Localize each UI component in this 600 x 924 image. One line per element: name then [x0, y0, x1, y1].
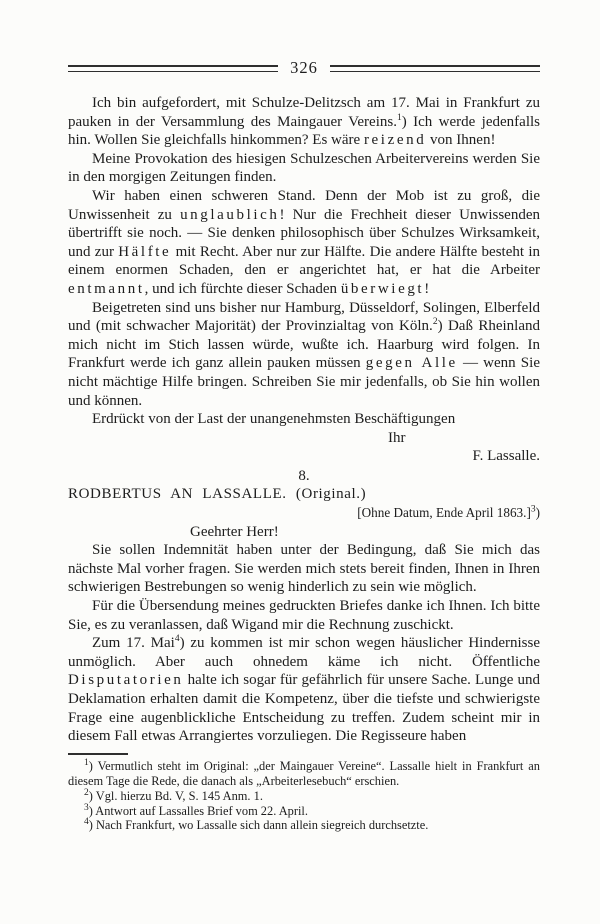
- footnote-text: ) Vgl. hierzu Bd. V, S. 145 Anm. 1.: [89, 789, 263, 803]
- paragraph: Erdrückt von der Last der unangenehmsten…: [68, 410, 540, 429]
- emphasized-text: Disputatorien: [68, 672, 183, 688]
- footnote-text: ) Antwort auf Lassalles Brief vom 22. Ap…: [89, 804, 308, 818]
- book-page: 326 Ich bin aufgefordert, mit Schulze-De…: [0, 0, 600, 924]
- text-run: ): [536, 505, 540, 520]
- footnote-text: ) Vermutlich steht im Original: „der Mai…: [68, 759, 540, 788]
- text-run: Erdrückt von der Last der unangenehmsten…: [92, 411, 455, 427]
- text-run: Sie sollen Indemnität haben unter der Be…: [68, 542, 540, 595]
- footnote-3: 3) Antwort auf Lassalles Brief vom 22. A…: [68, 804, 540, 819]
- footnote-text: ) Nach Frankfurt, wo Lassalle sich dann …: [89, 818, 429, 832]
- emphasized-text: gegen Alle: [366, 355, 458, 371]
- footnote-1: 1) Vermutlich steht im Original: „der Ma…: [68, 759, 540, 789]
- text-run: Für die Übersendung meines gedruckten Br…: [68, 598, 540, 633]
- text-run: [Ohne Datum, Ende April 1863.]: [357, 505, 531, 520]
- paragraph: Zum 17. Mai4) zu kommen ist mir schon we…: [68, 634, 540, 746]
- paragraph: Beigetreten sind uns bisher nur Hamburg,…: [68, 299, 540, 411]
- footnote-4: 4) Nach Frankfurt, wo Lassalle sich dann…: [68, 818, 540, 833]
- letter-rodbertus-body: Sie sollen Indemnität haben unter der Be…: [68, 541, 540, 746]
- letter-dateline: [Ohne Datum, Ende April 1863.]3): [68, 504, 540, 523]
- page-header: 326: [68, 58, 540, 78]
- section-heading: RODBERTUS AN LASSALLE. (Original.): [68, 485, 540, 504]
- letter-signoff: Ihr: [68, 429, 540, 448]
- text-run: !: [424, 281, 429, 297]
- text-run: Meine Provokation des hiesigen Schulzesc…: [68, 151, 540, 186]
- letter-signature: F. Lassalle.: [68, 447, 540, 466]
- emphasized-text: reizend: [364, 132, 426, 148]
- header-rule-right: [330, 65, 540, 72]
- paragraph: Wir haben einen schweren Stand. Denn der…: [68, 187, 540, 299]
- page-number: 326: [290, 59, 318, 78]
- footnote-2: 2) Vgl. hierzu Bd. V, S. 145 Anm. 1.: [68, 789, 540, 804]
- section-number: 8.: [68, 467, 540, 486]
- footnote-separator: [68, 753, 128, 755]
- letter-salutation: Geehrter Herr!: [68, 523, 540, 542]
- emphasized-text: Hälfte: [118, 244, 171, 260]
- paragraph: Meine Provokation des hiesigen Schulzesc…: [68, 150, 540, 187]
- emphasized-text: überwiegt: [341, 281, 424, 297]
- emphasized-text: entmannt: [68, 281, 145, 297]
- paragraph: Für die Übersendung meines gedruckten Br…: [68, 597, 540, 634]
- header-rule-left: [68, 65, 278, 72]
- text-run: von Ihnen!: [426, 132, 495, 148]
- text-run: , und ich fürchte dieser Schaden: [145, 281, 341, 297]
- footnotes: 1) Vermutlich steht im Original: „der Ma…: [68, 759, 540, 834]
- letter-lassalle-end: Ich bin aufgefordert, mit Schulze-Delitz…: [68, 94, 540, 429]
- emphasized-text: unglaublich: [180, 207, 279, 223]
- paragraph: Sie sollen Indemnität haben unter der Be…: [68, 541, 540, 597]
- paragraph: Ich bin aufgefordert, mit Schulze-Delitz…: [68, 94, 540, 150]
- text-run: Zum 17. Mai: [92, 635, 175, 651]
